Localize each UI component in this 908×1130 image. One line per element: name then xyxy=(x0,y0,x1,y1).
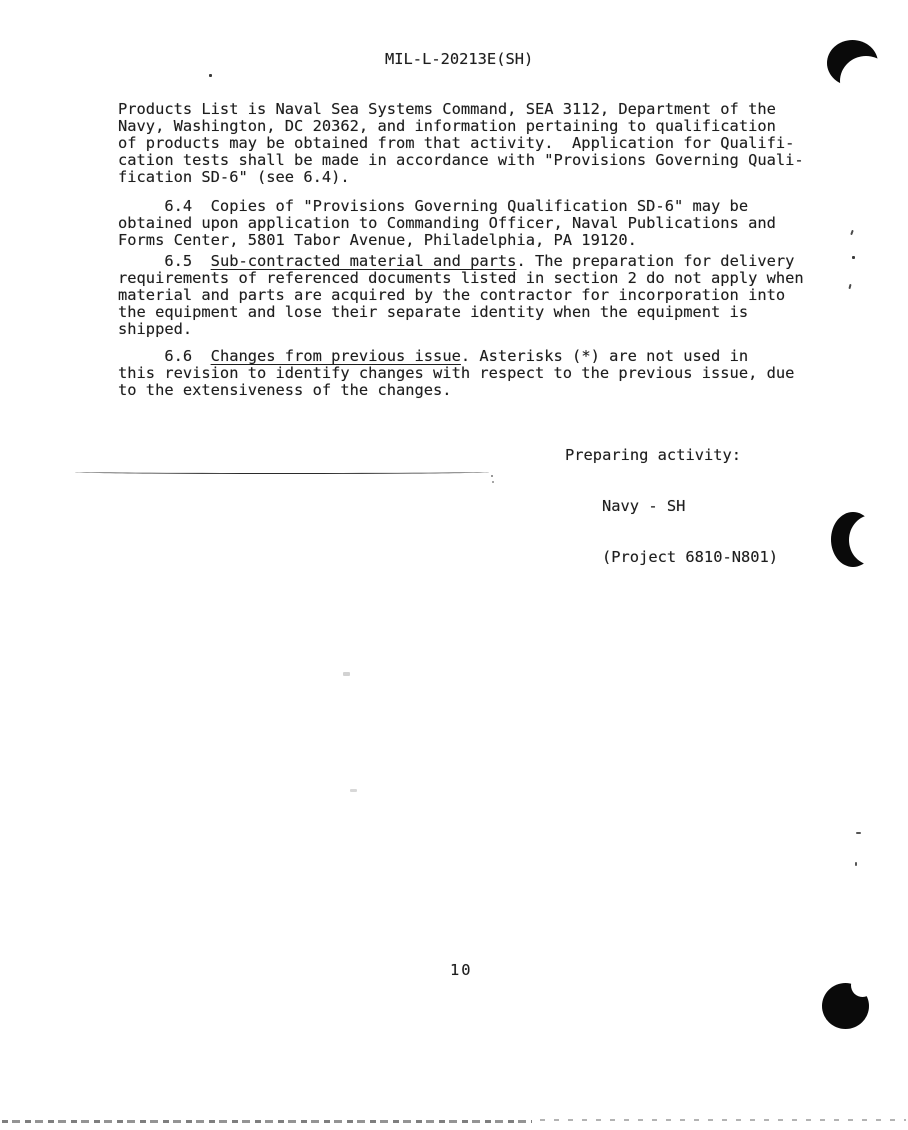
torn-page-edge-right xyxy=(540,1119,906,1121)
paragraph-6-6-heading: Changes from previous issue xyxy=(211,347,461,365)
hole-punch-circle-bottom-icon xyxy=(822,983,869,1029)
paragraph-intro-continuation: Products List is Naval Sea Systems Comma… xyxy=(118,101,804,186)
scan-speck xyxy=(209,74,212,77)
scan-speck xyxy=(855,862,857,866)
torn-page-edge-left xyxy=(2,1120,532,1123)
hole-punch-crescent-top-icon xyxy=(827,40,878,86)
preparing-activity-block: Preparing activity: Navy - SH (Project 6… xyxy=(565,413,778,600)
document-page: MIL-L-20213E(SH) Products List is Naval … xyxy=(0,0,908,1130)
preparing-activity-project: (Project 6810-N801) xyxy=(565,549,778,566)
signature-rule xyxy=(75,469,489,474)
scan-speck xyxy=(491,475,493,477)
scan-speck xyxy=(852,256,855,259)
scan-speck xyxy=(343,672,350,676)
paragraph-6-6-number: 6.6 xyxy=(118,347,211,365)
scan-speck xyxy=(492,481,494,483)
document-number-header: MIL-L-20213E(SH) xyxy=(385,51,533,68)
scan-speck xyxy=(848,284,851,289)
scan-speck xyxy=(856,832,861,834)
scan-speck xyxy=(850,230,854,235)
preparing-activity-title: Preparing activity: xyxy=(565,447,778,464)
paragraph-6-4: 6.4 Copies of "Provisions Governing Qual… xyxy=(118,198,776,249)
preparing-activity-navy: Navy - SH xyxy=(565,498,778,515)
paragraph-6-6: 6.6 Changes from previous issue. Asteris… xyxy=(118,348,794,399)
hole-punch-crescent-middle-icon xyxy=(831,512,875,567)
paragraph-6-5-number: 6.5 xyxy=(118,252,211,270)
paragraph-6-5: 6.5 Sub-contracted material and parts. T… xyxy=(118,253,804,338)
page-number: 10 xyxy=(450,962,473,979)
paragraph-6-5-heading: Sub-contracted material and parts xyxy=(211,252,517,270)
scan-speck xyxy=(350,789,357,792)
